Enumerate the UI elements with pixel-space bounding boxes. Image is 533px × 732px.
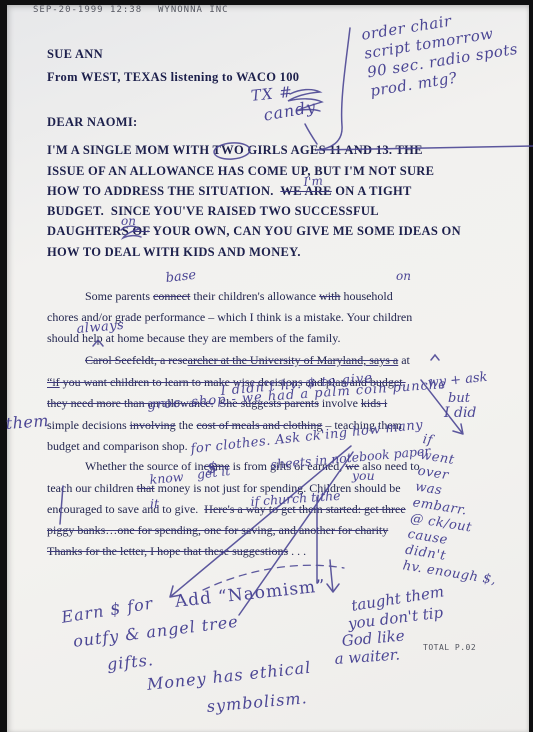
typed-line: encouraged to save and to give. Here's a… bbox=[47, 502, 406, 517]
typed-line: budget and comparison shop. bbox=[47, 439, 188, 454]
sender-line: From WEST, TEXAS listening to WACO 100 bbox=[47, 70, 299, 85]
handwritten-you: you bbox=[352, 468, 375, 483]
typed-line: Some parents connect their children's al… bbox=[85, 289, 393, 304]
typed-line: Thanks for the letter, I hope that these… bbox=[47, 544, 306, 559]
sender-name: SUE ANN bbox=[47, 47, 103, 62]
typed-line: ISSUE OF AN ALLOWANCE HAS COME UP, BUT I… bbox=[47, 164, 434, 179]
handwritten-im-correction: I'm bbox=[303, 174, 323, 189]
typed-line: Carol Seefeldt, a researcher at the Univ… bbox=[85, 353, 410, 368]
typed-line: BUDGET. SINCE YOU'VE RAISED TWO SUCCESSF… bbox=[47, 204, 379, 219]
salutation: DEAR NAOMI: bbox=[47, 115, 137, 130]
typed-line: HOW TO DEAL WITH KIDS AND MONEY. bbox=[47, 245, 301, 260]
typed-line: I'M A SINGLE MOM WITH TWO GIRLS AGES 11 … bbox=[47, 143, 423, 158]
typed-line: DAUGHTERS OF YOUR OWN, CAN YOU GIVE ME S… bbox=[47, 224, 461, 239]
fax-station-name: WYNONNA INC bbox=[158, 5, 229, 15]
typed-line: teach our children that money is not jus… bbox=[47, 481, 401, 496]
handwritten-but: but bbox=[448, 391, 470, 406]
typed-line: piggy banks…one for spending, one for sa… bbox=[47, 523, 388, 538]
handwritten-know: know bbox=[149, 469, 184, 487]
photo-frame: SEP-20-1999 12:38 WYNONNA INC TOTAL P.02… bbox=[0, 0, 533, 732]
handwritten-them-margin: them bbox=[5, 411, 50, 433]
handwritten-on-correction: on bbox=[121, 214, 136, 228]
handwritten-on-with-correction: on bbox=[396, 269, 411, 283]
typed-line: HOW TO ADDRESS THE SITUATION. WE ARE ON … bbox=[47, 184, 412, 199]
fax-page-total: TOTAL P.02 bbox=[423, 643, 476, 652]
handwritten-it: it bbox=[150, 496, 159, 511]
handwritten-base-correction: base bbox=[165, 268, 197, 286]
fax-timestamp: SEP-20-1999 12:38 bbox=[33, 5, 142, 15]
handwritten-i-did: I did bbox=[444, 405, 476, 421]
